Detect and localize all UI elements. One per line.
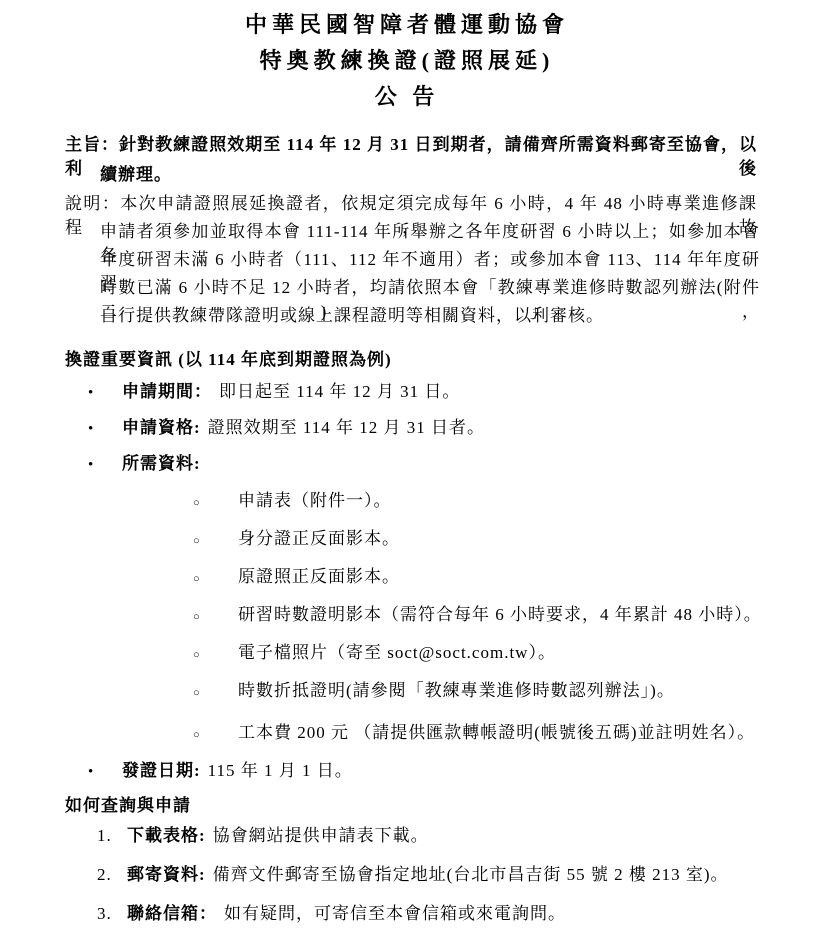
list-number: 3. xyxy=(97,902,127,926)
document-item-text: 申請表（附件一）。 xyxy=(238,491,392,510)
bullet-text: 即日起至 114 年 12 月 31 日。 xyxy=(219,382,460,401)
bullet-text: 證照效期至 114 年 12 月 31 日者。 xyxy=(208,418,485,437)
howto-item-download: 1.下載表格:協會網站提供申請表下載。 xyxy=(97,824,429,848)
howto-item-text: 協會網站提供申請表下載。 xyxy=(213,826,429,845)
bullet-eligibility: •申請資格:證照效期至 114 年 12 月 31 日者。 xyxy=(88,416,485,441)
bullet-dot-icon: • xyxy=(88,381,122,405)
renewal-info-heading: 換證重要資訊 (以 114 年底到期證照為例) xyxy=(65,348,392,372)
document-item-fee: ○工本費 200 元 （請提供匯款轉帳證明(帳號後五碼)並註明姓名）。 xyxy=(193,721,755,747)
explanation-line-5: 自行提供教練帶隊證明或線上課程證明等相關資料，以利審核。 xyxy=(100,304,604,328)
document-item-application-form: ○申請表（附件一）。 xyxy=(193,489,392,515)
circle-bullet-icon: ○ xyxy=(193,567,238,591)
howto-item-text: 備齊文件郵寄至協會指定地址(台北市昌吉街 55 號 2 樓 213 室)。 xyxy=(213,865,729,884)
howto-item-mail: 2.郵寄資料:備齊文件郵寄至協會指定地址(台北市昌吉街 55 號 2 樓 213… xyxy=(97,863,729,887)
bullet-issue-date: •發證日期:115 年 1 月 1 日。 xyxy=(88,759,353,784)
document-item-text: 電子檔照片（寄至 soct@soct.com.tw）。 xyxy=(238,643,556,662)
howto-item-label: 聯絡信箱： xyxy=(127,904,217,923)
bullet-application-period: •申請期間：即日起至 114 年 12 月 31 日。 xyxy=(88,380,460,405)
document-item-photo: ○電子檔照片（寄至 soct@soct.com.tw）。 xyxy=(193,641,556,667)
circle-bullet-icon: ○ xyxy=(193,529,238,553)
document-item-text: 時數折抵證明(請參閱「教練專業進修時數認列辦法」)。 xyxy=(238,681,675,700)
org-title: 中華民國智障者體運動協會 xyxy=(0,10,814,40)
subject-label: 主旨： xyxy=(65,135,119,154)
howto-item-label: 郵寄資料: xyxy=(127,865,206,884)
bullet-text: 115 年 1 月 1 日。 xyxy=(208,761,353,780)
document-item-text: 原證照正反面影本。 xyxy=(238,567,400,586)
bullet-dot-icon: • xyxy=(88,417,122,441)
subject-line-2: 續辦理。 xyxy=(100,163,172,187)
document-item-credit-proof: ○時數折抵證明(請參閱「教練專業進修時數認列辦法」)。 xyxy=(193,679,675,705)
bullet-label: 所需資料: xyxy=(122,454,201,473)
doc-subtitle: 特奧教練換證(證照展延) xyxy=(0,46,814,76)
howto-item-contact: 3.聯絡信箱：如有疑問，可寄信至本會信箱或來電詢問。 xyxy=(97,902,566,926)
document-item-id-copy: ○身分證正反面影本。 xyxy=(193,527,400,553)
circle-bullet-icon: ○ xyxy=(193,491,238,515)
bullet-label: 申請期間： xyxy=(122,382,212,401)
explanation-label: 說明： xyxy=(65,194,120,213)
list-number: 1. xyxy=(97,824,127,848)
document-item-text: 身分證正反面影本。 xyxy=(238,529,400,548)
howto-heading: 如何查詢與申請 xyxy=(65,794,191,818)
document-item-training-hours: ○研習時數證明影本（需符合每年 6 小時要求，4 年累計 48 小時）。 xyxy=(193,603,762,629)
announcement-label: 公 告 xyxy=(0,82,814,112)
bullet-dot-icon: • xyxy=(88,760,122,784)
announcement-document: 中華民國智障者體運動協會 特奧教練換證(證照展延) 公 告 主旨：針對教練證照效… xyxy=(0,0,814,937)
document-item-text: 工本費 200 元 （請提供匯款轉帳證明(帳號後五碼)並註明姓名）。 xyxy=(238,723,755,742)
bullet-dot-icon: • xyxy=(88,453,122,477)
document-item-original-license: ○原證照正反面影本。 xyxy=(193,565,400,591)
bullet-label: 發證日期: xyxy=(122,761,201,780)
circle-bullet-icon: ○ xyxy=(193,643,238,667)
circle-bullet-icon: ○ xyxy=(193,605,238,629)
document-item-text: 研習時數證明影本（需符合每年 6 小時要求，4 年累計 48 小時）。 xyxy=(238,605,762,624)
list-number: 2. xyxy=(97,863,127,887)
bullet-required-documents: •所需資料: xyxy=(88,452,201,477)
howto-item-label: 下載表格: xyxy=(127,826,206,845)
circle-bullet-icon: ○ xyxy=(193,723,238,747)
bullet-label: 申請資格: xyxy=(122,418,201,437)
circle-bullet-icon: ○ xyxy=(193,681,238,705)
howto-item-text: 如有疑問，可寄信至本會信箱或來電詢問。 xyxy=(224,904,566,923)
